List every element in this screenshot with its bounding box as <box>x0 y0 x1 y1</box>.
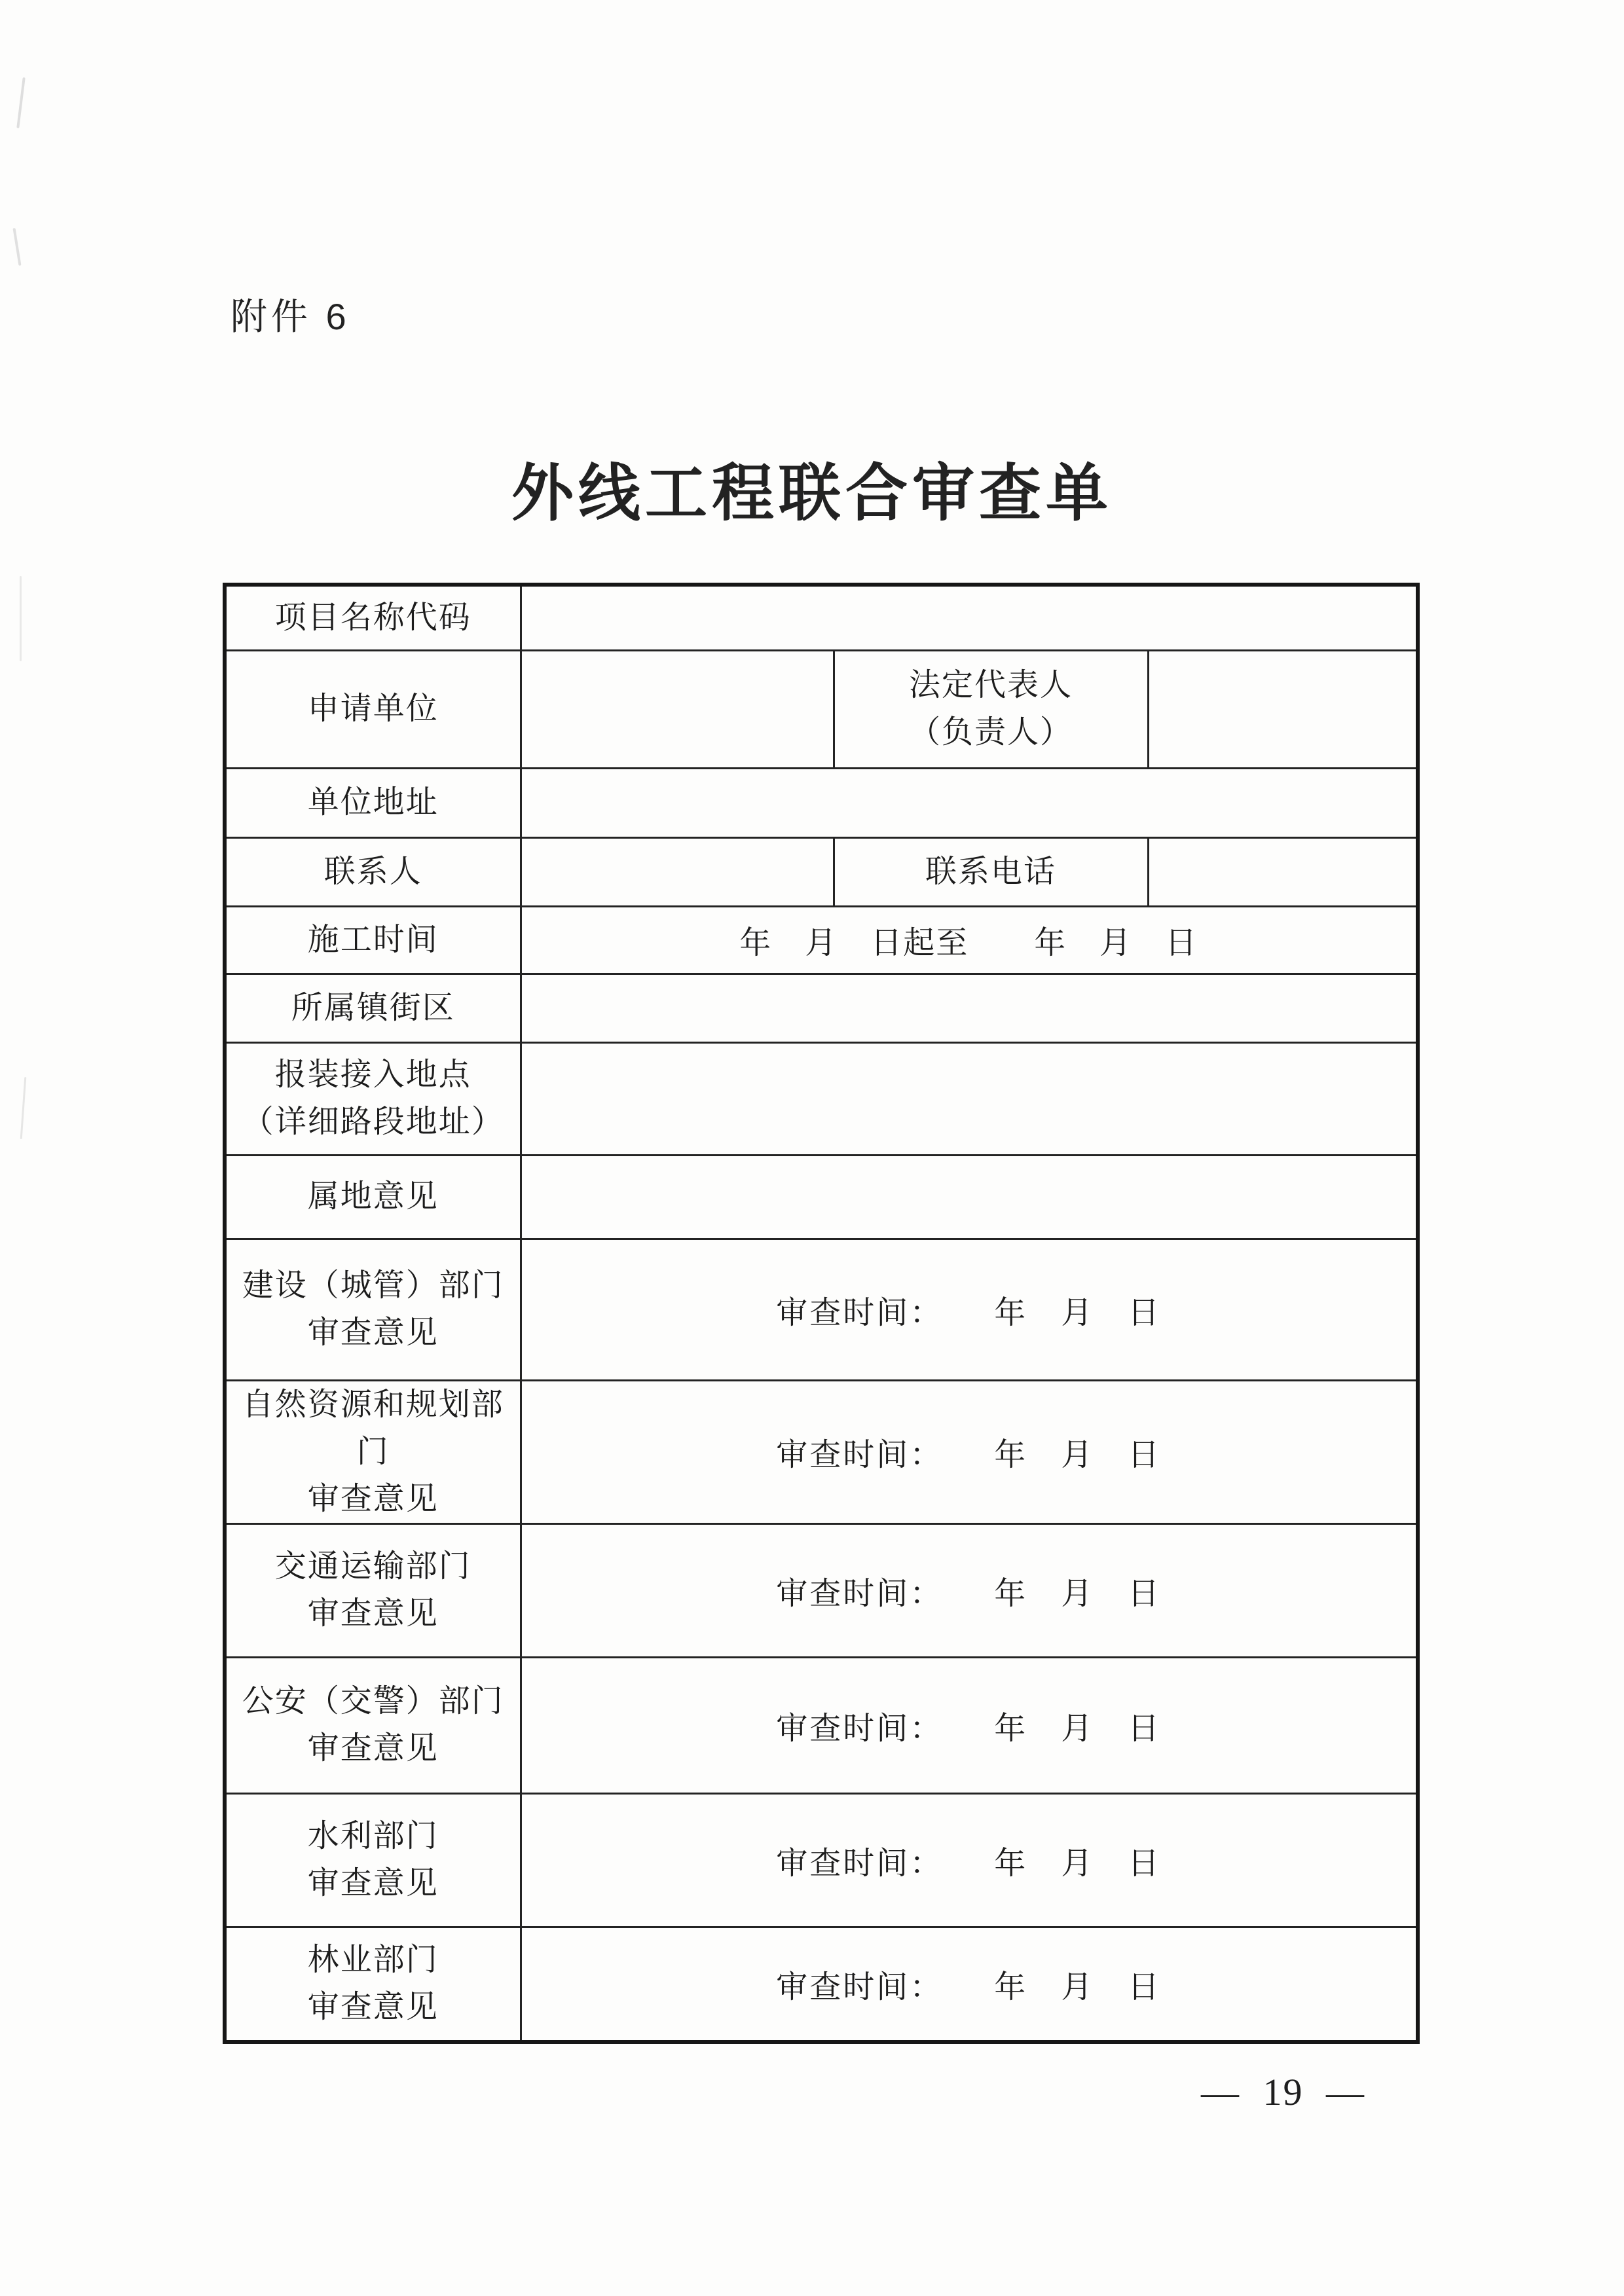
natural-resources-dept-label: 自然资源和规划部门 审查意见 <box>225 1380 521 1523</box>
contact-phone-label: 联系电话 <box>834 837 1148 906</box>
review-time-line: 审查时间： 年 月 日 <box>776 1711 1161 1746</box>
forestry-dept-label: 林业部门 审查意见 <box>225 1927 521 2042</box>
table-row-water-dept: 水利部门 审查意见 审查时间： 年 月 日 <box>225 1793 1418 1927</box>
police-dept-label: 公安（交警）部门 审查意见 <box>225 1657 521 1793</box>
district-label: 所属镇街区 <box>225 974 521 1042</box>
natural-resources-dept-opinion-cell: 审查时间： 年 月 日 <box>521 1380 1418 1523</box>
table-row-contact: 联系人 联系电话 <box>225 837 1418 906</box>
scanned-document-page: 附件 6 外线工程联合审查单 项目名称代码 申请单位 法定代表人 （负责人） 单… <box>0 0 1624 2296</box>
transport-dept-opinion-cell: 审查时间： 年 月 日 <box>521 1523 1418 1657</box>
forestry-dept-opinion-cell: 审查时间： 年 月 日 <box>521 1927 1418 2042</box>
table-row-access-location: 报装接入地点 （详细路段地址） <box>225 1042 1418 1155</box>
review-time-line: 审查时间： 年 月 日 <box>776 1576 1161 1611</box>
construction-time-label: 施工时间 <box>225 906 521 974</box>
police-dept-opinion-cell: 审查时间： 年 月 日 <box>521 1657 1418 1793</box>
form-title: 外线工程联合审查单 <box>0 444 1624 533</box>
review-form-table: 项目名称代码 申请单位 法定代表人 （负责人） 单位地址 联系人 联系电话 施工… <box>223 583 1420 2044</box>
table-row-territorial-opinion: 属地意见 <box>225 1155 1418 1239</box>
district-value <box>521 974 1418 1042</box>
table-row-applicant: 申请单位 法定代表人 （负责人） <box>225 650 1418 768</box>
construction-time-value: 年 月 日起至 年 月 日 <box>521 906 1418 974</box>
project-code-value <box>521 585 1418 650</box>
contact-person-label: 联系人 <box>225 837 521 906</box>
transport-dept-label: 交通运输部门 审查意见 <box>225 1523 521 1657</box>
table-row-project-code: 项目名称代码 <box>225 585 1418 650</box>
construction-dept-opinion-cell: 审查时间： 年 月 日 <box>521 1239 1418 1380</box>
territorial-opinion-value <box>521 1155 1418 1239</box>
territorial-opinion-label: 属地意见 <box>225 1155 521 1239</box>
water-dept-opinion-cell: 审查时间： 年 月 日 <box>521 1793 1418 1927</box>
scan-artifact <box>20 576 22 661</box>
construction-dept-label: 建设（城管）部门 审查意见 <box>225 1239 521 1380</box>
table-row-transport-dept: 交通运输部门 审查意见 审查时间： 年 月 日 <box>225 1523 1418 1657</box>
applicant-label: 申请单位 <box>225 650 521 768</box>
table-row-district: 所属镇街区 <box>225 974 1418 1042</box>
legal-representative-label: 法定代表人 （负责人） <box>834 650 1148 768</box>
contact-person-value <box>521 837 834 906</box>
page-number: — 19 — <box>1201 2070 1365 2114</box>
scan-artifact <box>16 77 25 128</box>
access-location-value <box>521 1042 1418 1155</box>
access-location-label: 报装接入地点 （详细路段地址） <box>225 1042 521 1155</box>
attachment-label: 附件 6 <box>231 288 350 340</box>
scan-artifact <box>12 228 21 266</box>
table-row-construction-time: 施工时间 年 月 日起至 年 月 日 <box>225 906 1418 974</box>
unit-address-label: 单位地址 <box>225 768 521 837</box>
table-row-construction-dept: 建设（城管）部门 审查意见 审查时间： 年 月 日 <box>225 1239 1418 1380</box>
applicant-value <box>521 650 834 768</box>
table-row-police-dept: 公安（交警）部门 审查意见 审查时间： 年 月 日 <box>225 1657 1418 1793</box>
review-time-line: 审查时间： 年 月 日 <box>776 1438 1161 1472</box>
contact-phone-value <box>1148 837 1418 906</box>
unit-address-value <box>521 768 1418 837</box>
legal-representative-value <box>1148 650 1418 768</box>
review-time-line: 审查时间： 年 月 日 <box>776 1846 1161 1881</box>
review-time-line: 审查时间： 年 月 日 <box>776 1296 1161 1330</box>
table-row-forestry-dept: 林业部门 审查意见 审查时间： 年 月 日 <box>225 1927 1418 2042</box>
water-dept-label: 水利部门 审查意见 <box>225 1793 521 1927</box>
table-row-natural-resources-dept: 自然资源和规划部门 审查意见 审查时间： 年 月 日 <box>225 1380 1418 1523</box>
table-row-unit-address: 单位地址 <box>225 768 1418 837</box>
review-time-line: 审查时间： 年 月 日 <box>776 1970 1161 2005</box>
scan-artifact <box>20 1077 27 1139</box>
project-code-label: 项目名称代码 <box>225 585 521 650</box>
